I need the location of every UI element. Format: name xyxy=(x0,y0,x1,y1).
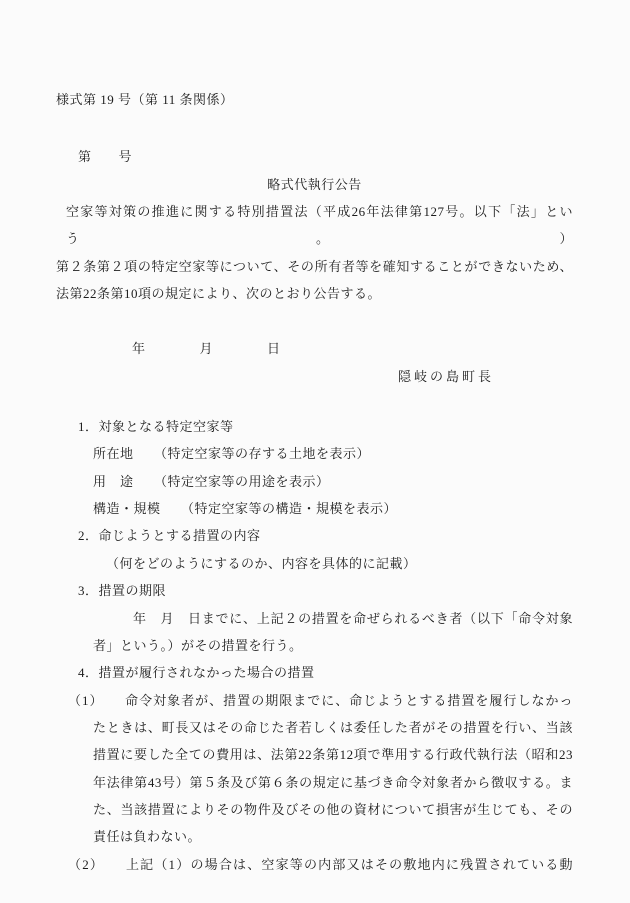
section-4-item-1-line-4: 年法律第43号）第５条及び第６条の規定に基づき命令対象者から徴収する。ま xyxy=(56,769,573,796)
section-2-note: （何をどのようにするのか、内容を具体的に記載） xyxy=(56,550,573,577)
intro-paragraph-line-3: 法第22条第10項の規定により、次のとおり公告する。 xyxy=(56,280,573,307)
section-3-line-1: 年 月 日までに、上記２の措置を命ぜられるべき者（以下「命令対象 xyxy=(56,605,573,632)
section-4-item-1-line-6: 責任は負わない。 xyxy=(56,823,573,850)
section-3-line-2: 者」という。）がその措置を行う。 xyxy=(56,632,573,659)
date-blank-line: 年 月 日 xyxy=(56,335,573,362)
document-title: 略式代執行公告 xyxy=(56,171,573,198)
section-1-item-location: 所在地 （特定空家等の存する土地を表示） xyxy=(56,440,573,467)
section-4-item-1-line-2: たときは、町長又はその命じた者若しくは委任した者がその措置を行い、当該 xyxy=(56,714,573,741)
issuer-name: 隠岐の島町長 xyxy=(56,363,573,390)
document-page: 様式第 19 号（第 11 条関係） 第 号 略式代執行公告 空家等対策の推進に… xyxy=(0,0,630,903)
section-4-item-1-line-1: （1） 命令対象者が、措置の期限までに、命じようとする措置を履行しなかっ xyxy=(56,687,573,714)
section-4-item-1-line-5: た、当該措置によりその物件及びその他の資材について損害が生じても、その xyxy=(56,796,573,823)
form-number-line: 様式第 19 号（第 11 条関係） xyxy=(56,86,573,113)
section-2-heading: 2．命じようとする措置の内容 xyxy=(56,522,573,549)
intro-paragraph-line-2: 第２条第２項の特定空家等について、その所有者等を確知することができないため、 xyxy=(56,253,573,280)
section-4-heading: 4．措置が履行されなかった場合の措置 xyxy=(56,659,573,686)
document-content: 様式第 19 号（第 11 条関係） 第 号 略式代執行公告 空家等対策の推進に… xyxy=(56,86,573,878)
section-1-heading: 1．対象となる特定空家等 xyxy=(56,413,573,440)
section-4-item-2-line-1: （2） 上記（1）の場合は、空家等の内部又はその敷地内に残置されている動 xyxy=(56,851,573,878)
document-number-line: 第 号 xyxy=(56,143,573,170)
section-3-heading: 3．措置の期限 xyxy=(56,577,573,604)
section-1-item-structure: 構造・規模 （特定空家等の構造・規模を表示） xyxy=(56,495,573,522)
intro-paragraph-line-1: 空家等対策の推進に関する特別措置法（平成26年法律第127号。以下「法」という。… xyxy=(56,198,573,253)
section-4-item-1-line-3: 措置に要した全ての費用は、法第22条第12項で準用する行政代執行法（昭和23 xyxy=(56,741,573,768)
section-1-item-use: 用 途 （特定空家等の用途を表示） xyxy=(56,468,573,495)
